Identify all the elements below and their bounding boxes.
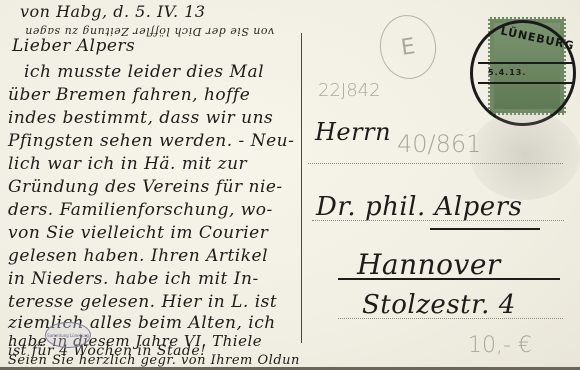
card-divider [301,33,302,343]
inventory-number: 22J842 [318,80,381,101]
message-line: gelesen haben. Ihren Artikel [8,246,268,266]
address-dotted-line [312,220,564,221]
message-line: indes bestimmt, dass wir uns [8,108,273,128]
circled-letter-mark: E [376,11,440,82]
address-line-city: Hannover [357,248,501,281]
message-line: ders. Familienforschung, wo- [8,200,273,220]
message-line: Seien Sie herzlich gegr. von Ihrem Oldun [8,353,300,368]
circled-letter: E [399,34,416,61]
message-line: Gründung des Vereins für nie- [8,177,283,197]
message-line: von Sie vielleicht im Courier [8,223,268,243]
address-line-street: Stolzestr. 4 [362,290,516,320]
message-line: lich war ich in Hä. mit zur [8,154,247,174]
postmark-bar [478,62,574,64]
postcard: von Habg, d. 5. IV. 13 von Sie der Dich … [0,0,580,370]
message-line: teresse gelesen. Hier in L. ist [8,292,277,312]
address-dotted-line [338,318,563,319]
message-line: über Bremen fahren, hoffe [8,85,250,105]
postmark-date: 5.4.13. [488,68,526,77]
message-line: ich musste leider dies Mal [24,62,264,82]
city-underline [338,278,560,280]
address-line-herrn: Herrn [315,118,391,146]
address-line-name: Dr. phil. Alpers [316,192,522,222]
reference-number: 40/861 [397,130,481,158]
price-note: 10,- € [468,333,532,358]
message-heading: von Habg, d. 5. IV. 13 [20,2,206,21]
dealer-stamp: Sammlung Lüneburg [45,322,91,348]
postmark-bar [478,82,574,84]
address-dotted-line [308,163,563,164]
smudge [470,110,580,200]
salutation: Lieber Alpers [12,36,135,56]
dealer-stamp-text: Sammlung Lüneburg [47,333,89,338]
message-line: Pfingsten sehen werden. - Neu- [8,131,294,151]
name-underline [430,228,540,230]
message-line: in Nieders. habe ich mit In- [8,269,259,289]
